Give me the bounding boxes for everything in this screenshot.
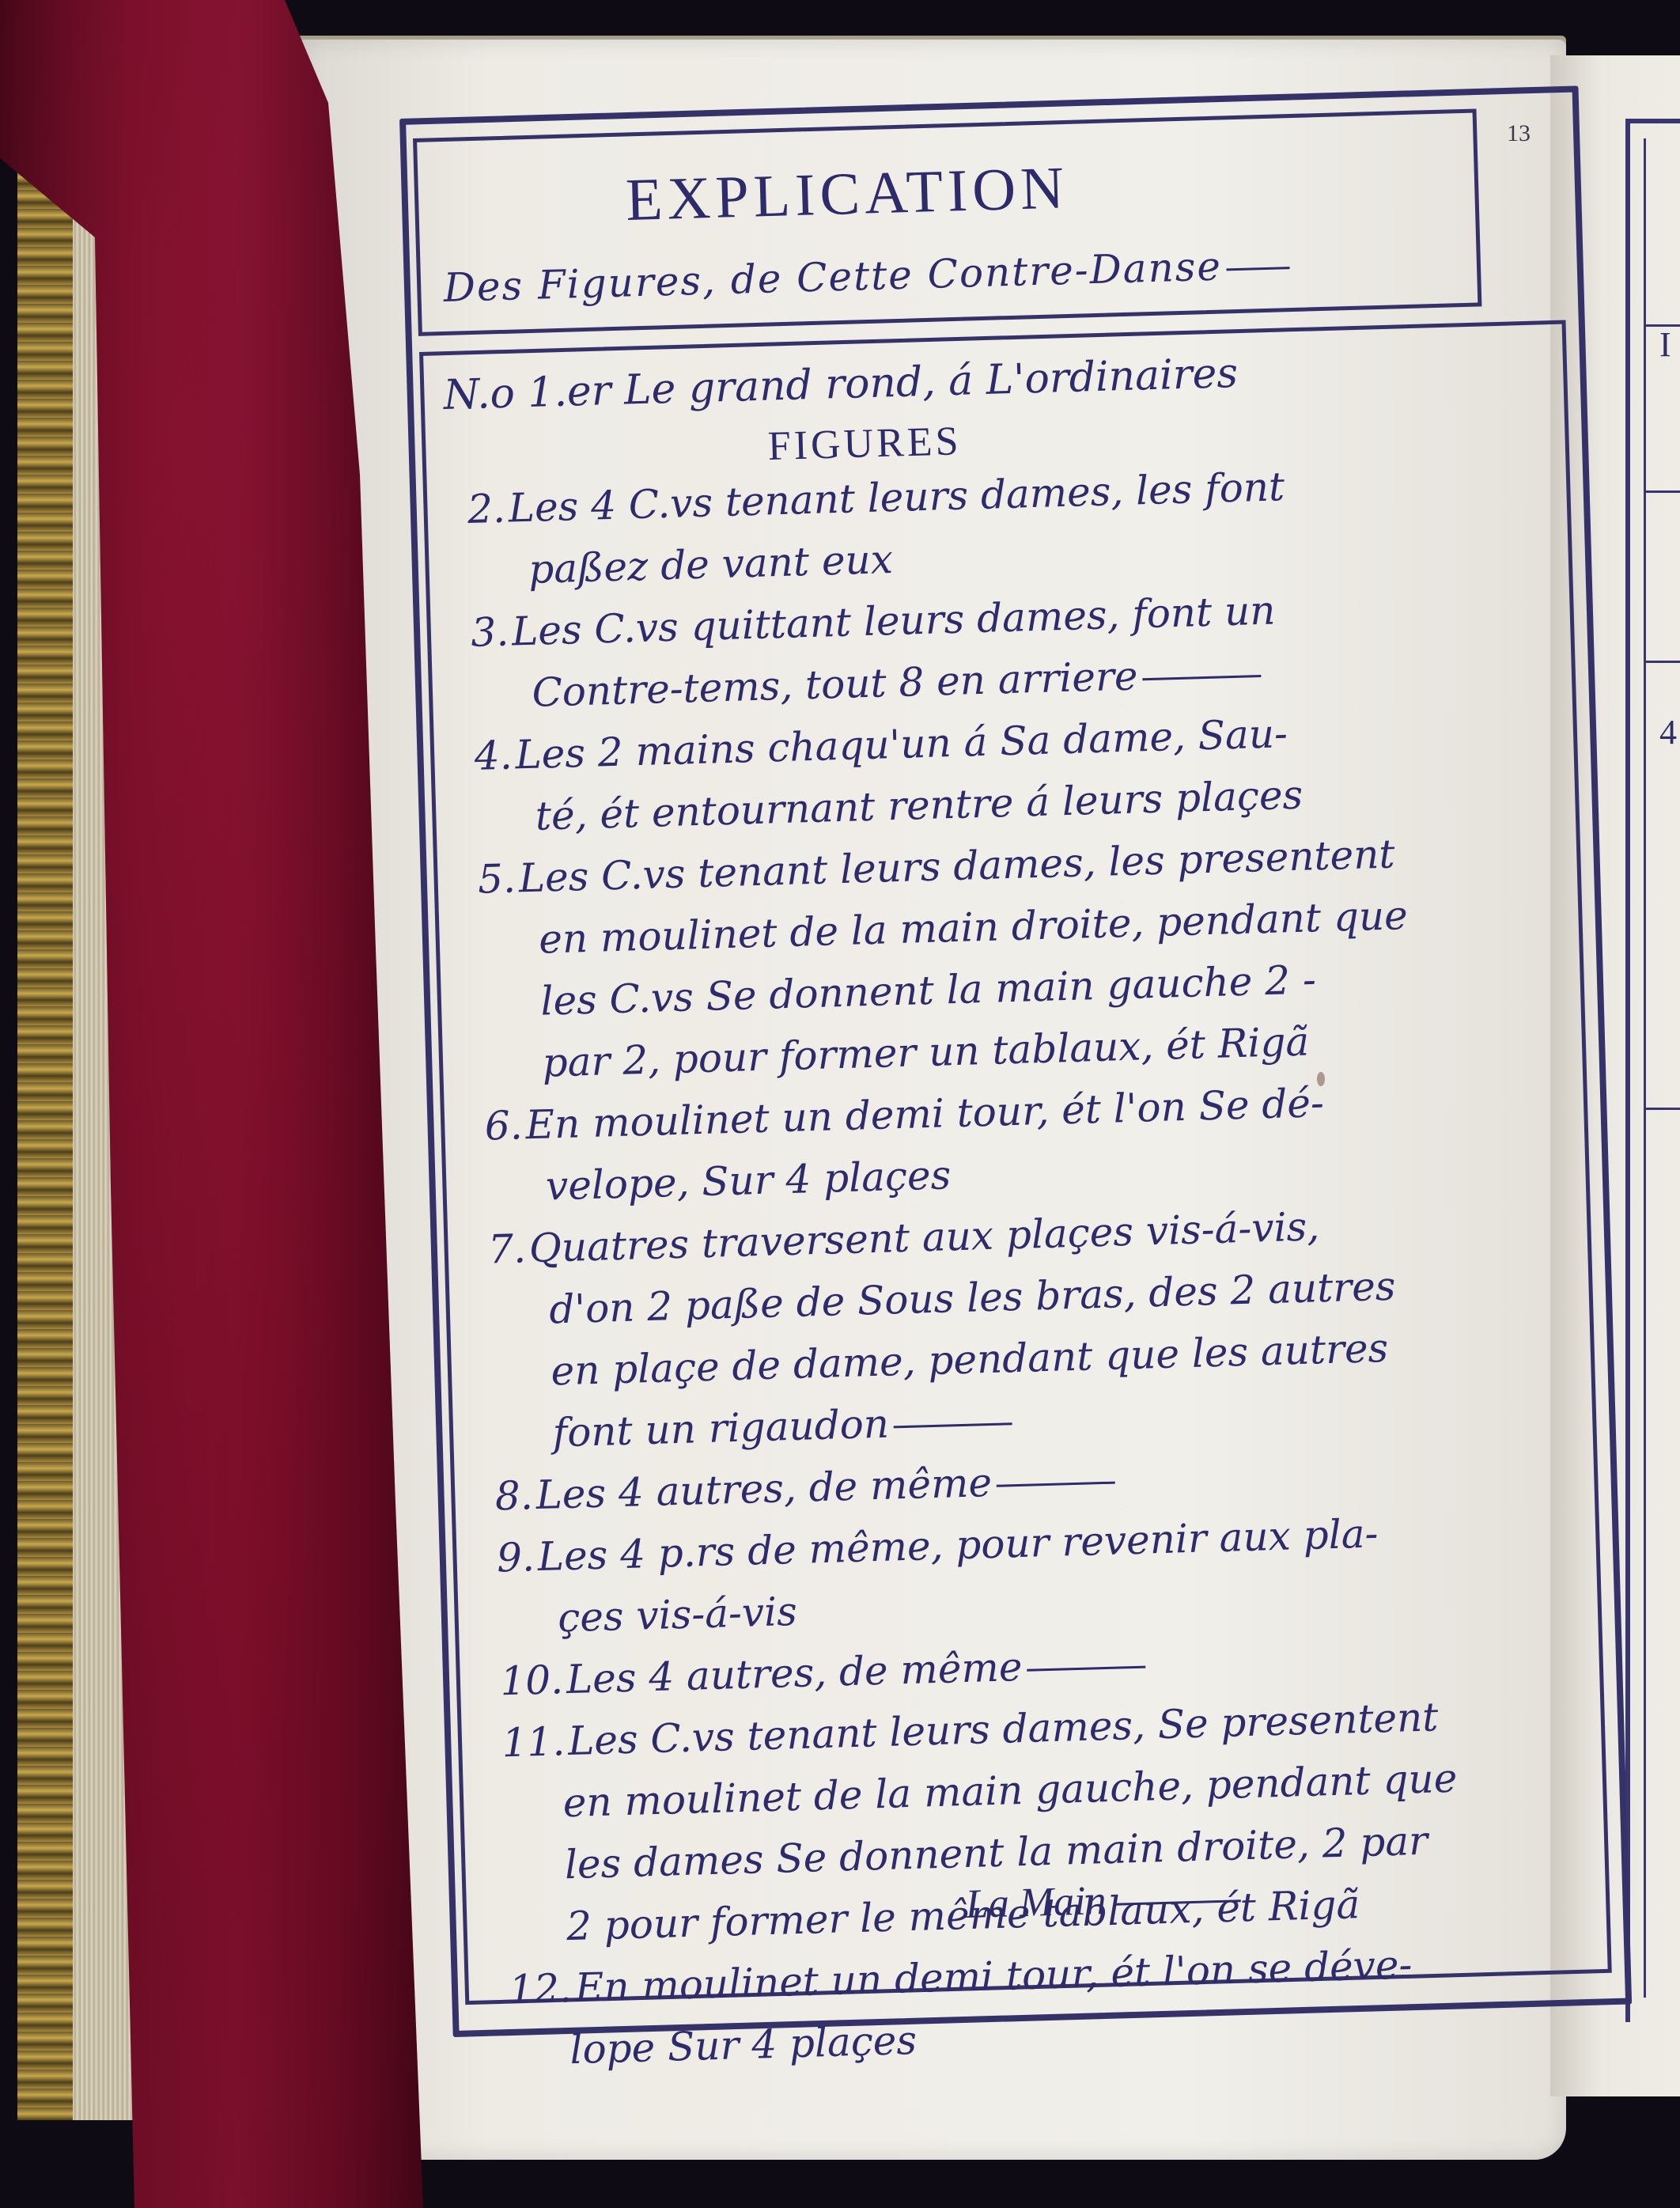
figure-number: 2. [467,486,505,532]
facing-page-divider [1645,661,1680,663]
facing-page-figure-number: 4 [1659,712,1677,752]
figure-number: 5. [477,855,516,902]
figures-heading: FIGURES [767,418,962,470]
facing-page-inner-frame [1644,138,1680,1998]
page-title: EXPLICATION [625,153,1069,235]
figure-number: 9. [496,1534,535,1581]
facing-page-divider [1645,1108,1680,1110]
figure-number: 3. [471,609,509,656]
figure-line: Les 4 autres, de même [566,1641,1146,1702]
figure-number: 12. [509,1965,573,2013]
figure-number: 8. [494,1472,533,1519]
figure-number: 10. [500,1657,564,1704]
facing-page-divider [1645,490,1680,493]
gilded-book-edge [17,95,76,2120]
figure-list: 2.Les 4 C.vs tenant leurs dames, les fon… [467,448,1602,2082]
figure-number: 11. [501,1718,566,1766]
figure-number: 7. [487,1225,526,1272]
figure-line: Les 4 autres, de même [535,1456,1116,1518]
figure-number: 6. [484,1102,523,1149]
author-signature: La Main [965,1873,1241,1928]
figure-entry-7: 7.Quatres traversent aux plaçes vis-á-vi… [487,1188,1585,1465]
figure-entry-5: 5.Les C.vs tenant leurs dames, les prese… [477,818,1575,1095]
facing-page-figure-number: I [1659,324,1671,365]
figure-number: 4. [474,733,513,779]
ink-smudge [1317,1072,1325,1086]
